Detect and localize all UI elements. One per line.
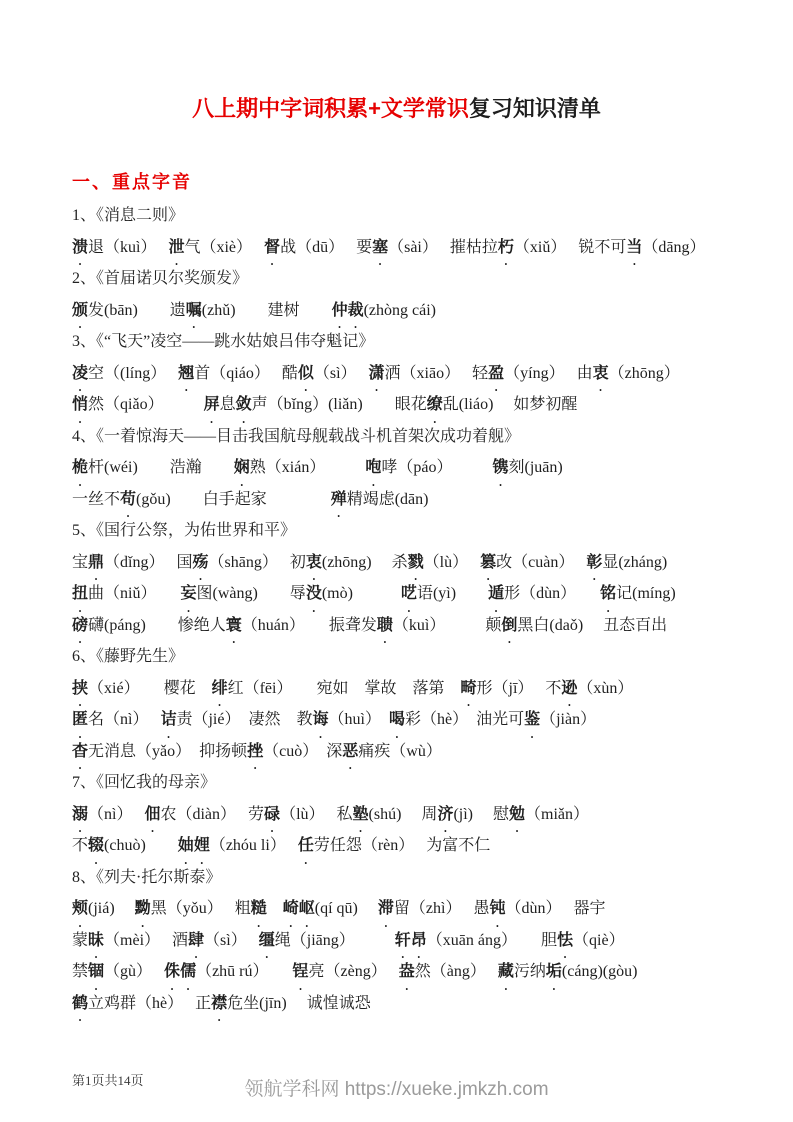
- emphasized-char: 桅: [72, 452, 88, 484]
- emphasized-char: 泄: [168, 232, 184, 264]
- emphasized-char: 钝: [489, 893, 505, 925]
- emphasized-char: 当: [626, 232, 642, 264]
- word-line: 颁发(bān) 遗嘱(zhǔ) 建树 仲裁(zhòng cái): [72, 295, 772, 327]
- emphasized-char: 屏: [204, 389, 220, 421]
- word-line: 杳无消息（yǎo） 抑扬顿挫（cuò） 深恶痛疾（wù）: [72, 736, 772, 768]
- emphasized-char: 悄: [72, 389, 88, 421]
- emphasized-char: 逊: [561, 673, 577, 705]
- emphasized-char: 嘱: [186, 295, 202, 327]
- emphasized-char: 济: [437, 799, 453, 831]
- word-line: 挟（xié） 樱花 绯红（fēi） 宛如 掌故 落第 畸形（jī） 不逊（xùn…: [72, 673, 772, 705]
- emphasized-char: 呓: [401, 578, 417, 610]
- emphasized-char: 匿: [72, 704, 88, 736]
- word-line: 溃退（kuì） 泄气（xiè） 督战（dū） 要塞（sài） 摧枯拉朽（xiǔ）…: [72, 232, 772, 264]
- emphasized-char: 没: [306, 578, 322, 610]
- word-line: 溺（nì） 佃农（diàn） 劳碌（lù） 私塾(shú) 周济(jì) 慰勉（…: [72, 799, 772, 831]
- emphasized-char: 娴: [234, 452, 250, 484]
- emphasized-char: 肆: [188, 925, 204, 957]
- emphasized-char: 诲: [312, 704, 328, 736]
- emphasized-char: 娌: [194, 830, 210, 862]
- emphasized-char: 岖: [299, 893, 315, 925]
- page-title-highlight: 八上期中字词积累+文学常识: [192, 96, 469, 121]
- emphasized-char: 裁: [348, 295, 364, 327]
- emphasized-char: 扭: [72, 578, 88, 610]
- emphasized-char: 苟: [120, 484, 136, 516]
- emphasized-char: 儒: [180, 956, 196, 988]
- emphasized-char: 仲: [332, 295, 348, 327]
- emphasized-char: 黝: [135, 893, 151, 925]
- item-heading: 3、《“飞天”凌空——跳水姑娘吕伟夺魁记》: [72, 326, 772, 358]
- item-heading: 5、《国行公祭，为佑世界和平》: [72, 515, 772, 547]
- emphasized-char: 挟: [72, 673, 88, 705]
- word-line: 鹤立鸡群（hè） 正襟危坐(jīn) 诚惶诚恐: [72, 988, 772, 1020]
- word-line: 颊(jiá) 黝黑（yǒu） 粗糙 崎岖(qí qū) 滞留（zhì） 愚钝（d…: [72, 893, 772, 925]
- emphasized-char: 糙: [251, 893, 267, 925]
- emphasized-char: 遁: [488, 578, 504, 610]
- emphasized-char: 溃: [72, 232, 88, 264]
- emphasized-char: 盎: [399, 956, 415, 988]
- emphasized-char: 垢: [546, 956, 562, 988]
- emphasized-char: 彰: [586, 547, 602, 579]
- emphasized-char: 殇: [192, 547, 208, 579]
- emphasized-char: 碌: [264, 799, 280, 831]
- emphasized-char: 镌: [492, 452, 508, 484]
- emphasized-char: 畸: [460, 673, 476, 705]
- emphasized-char: 颊: [72, 893, 88, 925]
- emphasized-char: 杳: [72, 736, 88, 768]
- emphasized-char: 怯: [557, 925, 573, 957]
- emphasized-char: 勉: [509, 799, 525, 831]
- emphasized-char: 戮: [408, 547, 424, 579]
- emphasized-char: 倒: [501, 610, 517, 642]
- emphasized-char: 崎: [283, 893, 299, 925]
- emphasized-char: 轩: [395, 925, 411, 957]
- emphasized-char: 寰: [226, 610, 242, 642]
- emphasized-char: 佃: [144, 799, 160, 831]
- word-line: 匿名（nì） 诘责（jié） 凄然 教诲（huì） 喝彩（hè） 油光可鉴（ji…: [72, 704, 772, 736]
- word-line: 磅礴(páng) 惨绝人寰（huán） 振聋发聩（kuì） 颠倒黑白(daǒ) …: [72, 610, 772, 642]
- document-page: { "colors": { "accent": "#e60000", "wate…: [0, 0, 793, 1122]
- word-line: 一丝不苟(gǒu) 白手起家 殚精竭虑(dān): [72, 484, 772, 516]
- emphasized-char: 咆: [365, 452, 381, 484]
- word-line: 悄然（qiǎo） 屏息敛声（bǐng）(liǎn) 眼花缭乱(liáo) 如梦初…: [72, 389, 772, 421]
- word-line: 禁锢（gù） 侏儒（zhū rú） 锃亮（zèng） 盎然（àng） 藏污纳垢(…: [72, 956, 772, 988]
- content: 1、《消息二则》溃退（kuì） 泄气（xiè） 督战（dū） 要塞（sài） 摧…: [72, 200, 772, 1019]
- emphasized-char: 塾: [353, 799, 369, 831]
- page-title: 八上期中字词积累+文学常识复习知识清单: [0, 96, 793, 122]
- emphasized-char: 缭: [427, 389, 443, 421]
- word-line: 宝鼎（dǐng） 国殇（shāng） 初衷(zhōng) 杀戮（lù） 篡改（c…: [72, 547, 772, 579]
- emphasized-char: 敛: [236, 389, 252, 421]
- emphasized-char: 鼎: [88, 547, 104, 579]
- emphasized-char: 恶: [342, 736, 358, 768]
- emphasized-char: 聩: [377, 610, 393, 642]
- emphasized-char: 衷: [593, 358, 609, 390]
- emphasized-char: 喝: [389, 704, 405, 736]
- emphasized-char: 殚: [331, 484, 347, 516]
- emphasized-char: 诘: [160, 704, 176, 736]
- word-line: 凌空（(líng） 翘首（qiáo） 酷似（sì） 潇洒（xiāo） 轻盈（yí…: [72, 358, 772, 390]
- emphasized-char: 锢: [88, 956, 104, 988]
- emphasized-char: 凌: [72, 358, 88, 390]
- emphasized-char: 滞: [378, 893, 394, 925]
- emphasized-char: 朽: [498, 232, 514, 264]
- emphasized-char: 襟: [211, 988, 227, 1020]
- emphasized-char: 侏: [164, 956, 180, 988]
- word-line: 不辍(chuò) 妯娌（zhóu li） 任劳任怨（rèn） 为富不仁: [72, 830, 772, 862]
- page-title-rest: 复习知识清单: [469, 96, 601, 121]
- emphasized-char: 磅: [72, 610, 88, 642]
- emphasized-char: 溺: [72, 799, 88, 831]
- emphasized-char: 任: [298, 830, 314, 862]
- item-heading: 7、《回忆我的母亲》: [72, 767, 772, 799]
- emphasized-char: 铭: [600, 578, 616, 610]
- emphasized-char: 塞: [372, 232, 388, 264]
- emphasized-char: 衷: [306, 547, 322, 579]
- emphasized-char: 颁: [72, 295, 88, 327]
- word-line: 扭曲（niǔ） 妄图(wàng) 辱没(mò) 呓语(yì) 遁形（dùn） 铭…: [72, 578, 772, 610]
- item-heading: 8、《列夫·托尔斯泰》: [72, 862, 772, 894]
- footer-watermark: 领航学科网 https://xueke.jmkzh.com: [0, 1074, 793, 1101]
- section-heading: 一、重点字音: [72, 168, 192, 194]
- emphasized-char: 篡: [480, 547, 496, 579]
- emphasized-char: 潇: [369, 358, 385, 390]
- emphasized-char: 似: [298, 358, 314, 390]
- emphasized-char: 翘: [178, 358, 194, 390]
- emphasized-char: 昂: [411, 925, 427, 957]
- emphasized-char: 绯: [212, 673, 228, 705]
- word-line: 桅杆(wéi) 浩瀚 娴熟（xián） 咆哮（páo） 镌刻(juān): [72, 452, 772, 484]
- item-heading: 1、《消息二则》: [72, 200, 772, 232]
- emphasized-char: 鹤: [72, 988, 88, 1020]
- emphasized-char: 锃: [293, 956, 309, 988]
- emphasized-char: 辍: [88, 830, 104, 862]
- emphasized-char: 鉴: [524, 704, 540, 736]
- emphasized-char: 妄: [180, 578, 196, 610]
- emphasized-char: 缰: [259, 925, 275, 957]
- item-heading: 6、《藤野先生》: [72, 641, 772, 673]
- emphasized-char: 妯: [178, 830, 194, 862]
- emphasized-char: 督: [264, 232, 280, 264]
- word-line: 蒙昧（mèi） 酒肆（sì） 缰绳（jiāng） 轩昂（xuān áng） 胆怯…: [72, 925, 772, 957]
- emphasized-char: 藏: [498, 956, 514, 988]
- emphasized-char: 昧: [88, 925, 104, 957]
- item-heading: 4、《一着惊海天——目击我国航母舰载战斗机首架次成功着舰》: [72, 421, 772, 453]
- emphasized-char: 挫: [247, 736, 263, 768]
- emphasized-char: 盈: [488, 358, 504, 390]
